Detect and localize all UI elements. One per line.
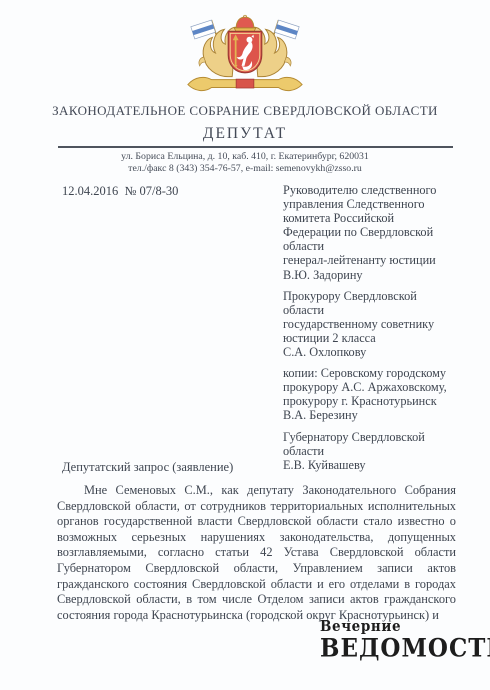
contact-info: ул. Бориса Ельцина, д. 10, каб. 410, г. … [0, 151, 490, 174]
request-title: Депутатский запрос (заявление) [62, 460, 233, 475]
role-title: ДЕПУТАТ [0, 125, 490, 143]
contact-phone-email-line: тел./факс 8 (343) 354-76-57, e-mail: sem… [0, 163, 490, 175]
watermark-line2: ВЕДОМОСТИ [320, 636, 490, 661]
org-name: ЗАКОНОДАТЕЛЬНОЕ СОБРАНИЕ СВЕРДЛОВСКОЙ ОБ… [0, 103, 490, 119]
vedomosti-logo: Вечерние ВЕДОМОСТИ [320, 620, 490, 661]
header-divider [58, 146, 453, 148]
date-and-number: 12.04.2016 № 07/8-30 [62, 184, 178, 199]
contact-address-line: ул. Бориса Ельцина, д. 10, каб. 410, г. … [0, 151, 490, 163]
addressee-block-copies: копии: Серовскому городскому прокурору А… [283, 366, 465, 422]
document-page: ЗАКОНОДАТЕЛЬНОЕ СОБРАНИЕ СВЕРДЛОВСКОЙ ОБ… [0, 0, 490, 690]
addressee-block-prosecutor-region: Прокурору Свердловской области государст… [283, 289, 465, 359]
addressee-block-governor: Губернатору Свердловской области Е.В. Ку… [283, 430, 465, 472]
coat-of-arms-icon [181, 13, 309, 99]
watermark-line1: Вечерние [320, 620, 490, 635]
request-body: Мне Семеновых С.М., как депутату Законод… [57, 483, 456, 623]
addressee-block-investigative-committee: Руководителю следственного управления Сл… [283, 183, 465, 282]
addressee-list: Руководителю следственного управления Сл… [283, 183, 465, 479]
